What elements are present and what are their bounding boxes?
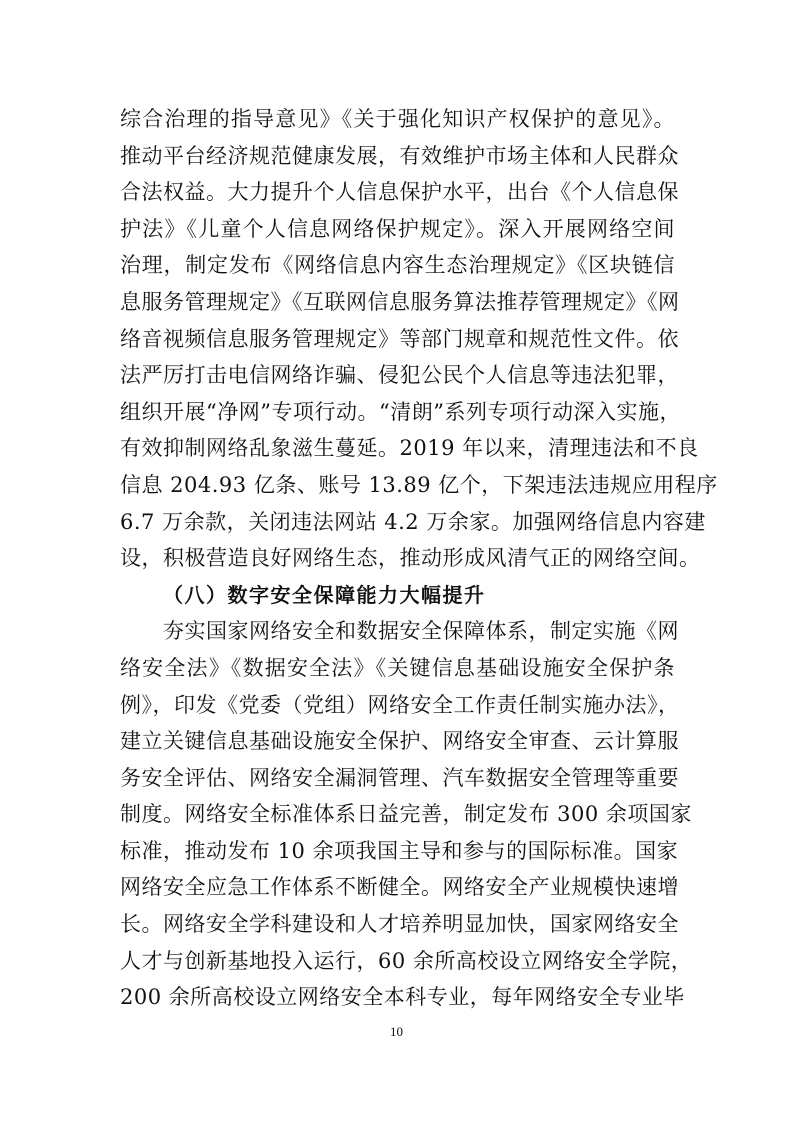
text-line: 建立关键信息基础设施安全保护、网络安全审查、云计算服: [120, 723, 675, 760]
text-line: 信息 204.93 亿条、账号 13.89 亿个，下架违法违规应用程序: [120, 467, 675, 504]
text-line: 络音视频信息服务管理规定》等部门规章和规范性文件。依: [120, 321, 675, 358]
text-line: 治理，制定发布《网络信息内容生态治理规定》《区块链信: [120, 247, 675, 284]
text-line: 制度。网络安全标准体系日益完善，制定发布 300 余项国家: [120, 796, 675, 833]
text-line: 法严厉打击电信网络诈骗、侵犯公民个人信息等违法犯罪，: [120, 357, 675, 394]
text-line: 6.7 万余款，关闭违法网站 4.2 万余家。加强网络信息内容建: [120, 504, 675, 541]
body-text: 综合治理的指导意见》《关于强化知识产权保护的意见》。 推动平台经济规范健康发展，…: [120, 101, 675, 1016]
text-line: 例》，印发《党委（党组）网络安全工作责任制实施办法》，: [120, 687, 675, 724]
document-page: 综合治理的指导意见》《关于强化知识产权保护的意见》。 推动平台经济规范健康发展，…: [0, 0, 793, 1122]
text-line: 推动平台经济规范健康发展，有效维护市场主体和人民群众: [120, 138, 675, 175]
text-line: 标准，推动发布 10 余项我国主导和参与的国际标准。国家: [120, 833, 675, 870]
text-line: 息服务管理规定》《互联网信息服务算法推荐管理规定》《网: [120, 284, 675, 321]
text-line: 长。网络安全学科建设和人才培养明显加快，国家网络安全: [120, 906, 675, 943]
text-line: 设，积极营造良好网络生态，推动形成风清气正的网络空间。: [120, 540, 675, 577]
section-heading: （八）数字安全保障能力大幅提升: [120, 577, 675, 614]
text-line: 200 余所高校设立网络安全本科专业，每年网络安全专业毕: [120, 979, 675, 1016]
text-line: 夯实国家网络安全和数据安全保障体系，制定实施《网: [120, 613, 675, 650]
text-line: 组织开展“净网”专项行动。“清朗”系列专项行动深入实施，: [120, 394, 675, 431]
text-line: 有效抑制网络乱象滋生蔓延。2019 年以来，清理违法和不良: [120, 430, 675, 467]
text-line: 护法》《儿童个人信息网络保护规定》。深入开展网络空间: [120, 211, 675, 248]
text-line: 合法权益。大力提升个人信息保护水平，出台《个人信息保: [120, 174, 675, 211]
text-line: 人才与创新基地投入运行，60 余所高校设立网络安全学院，: [120, 943, 675, 980]
text-line: 络安全法》《数据安全法》《关键信息基础设施安全保护条: [120, 650, 675, 687]
text-line: 综合治理的指导意见》《关于强化知识产权保护的意见》。: [120, 101, 675, 138]
text-line: 网络安全应急工作体系不断健全。网络安全产业规模快速增: [120, 869, 675, 906]
page-number: 10: [0, 1024, 793, 1040]
text-line: 务安全评估、网络安全漏洞管理、汽车数据安全管理等重要: [120, 760, 675, 797]
